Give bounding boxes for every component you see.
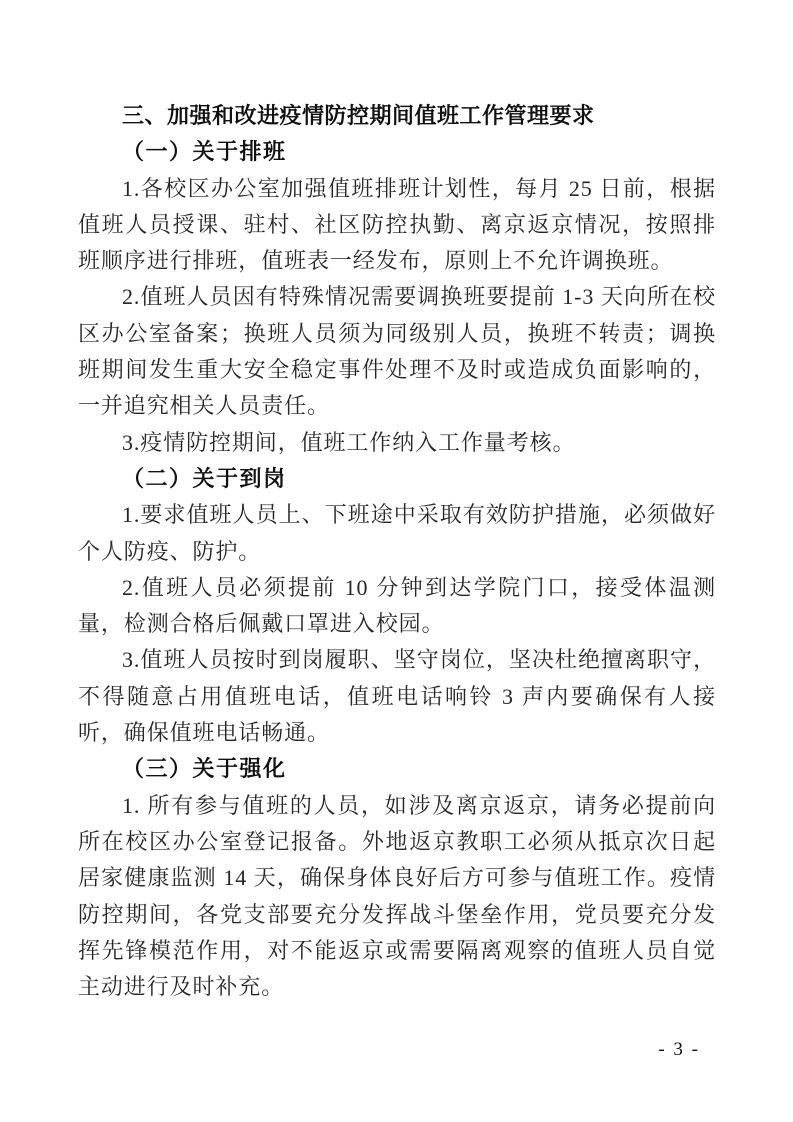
section-heading-3: 三、加强和改进疫情防控期间值班工作管理要求 bbox=[78, 98, 716, 134]
paragraph-scheduling-3: 3.疫情防控期间，值班工作纳入工作量考核。 bbox=[78, 425, 716, 461]
paragraph-scheduling-2: 2.值班人员因有特殊情况需要调换班要提前 1-3 天向所在校区办公室备案；换班人… bbox=[78, 279, 716, 424]
page-number: - 3 - bbox=[658, 1038, 700, 1062]
paragraph-scheduling-1: 1.各校区办公室加强值班排班计划性，每月 25 日前，根据值班人员授课、驻村、社… bbox=[78, 171, 716, 280]
subsection-heading-1: （一）关于排班 bbox=[78, 134, 716, 170]
document-page: 三、加强和改进疫情防控期间值班工作管理要求 （一）关于排班 1.各校区办公室加强… bbox=[0, 0, 793, 1122]
subsection-heading-2: （二）关于到岗 bbox=[78, 461, 716, 497]
paragraph-reinforcement-1: 1. 所有参与值班的人员，如涉及离京返京，请务必提前向所在校区办公室登记报备。外… bbox=[78, 788, 716, 1006]
paragraph-arrival-1: 1.要求值班人员上、下班途中采取有效防护措施，必须做好个人防疫、防护。 bbox=[78, 497, 716, 570]
subsection-heading-3: （三）关于强化 bbox=[78, 751, 716, 787]
paragraph-arrival-2: 2.值班人员必须提前 10 分钟到达学院门口，接受体温测量，检测合格后佩戴口罩进… bbox=[78, 570, 716, 643]
paragraph-arrival-3: 3.值班人员按时到岗履职、坚守岗位，坚决杜绝擅离职守，不得随意占用值班电话，值班… bbox=[78, 642, 716, 751]
document-content: 三、加强和改进疫情防控期间值班工作管理要求 （一）关于排班 1.各校区办公室加强… bbox=[78, 98, 716, 1005]
